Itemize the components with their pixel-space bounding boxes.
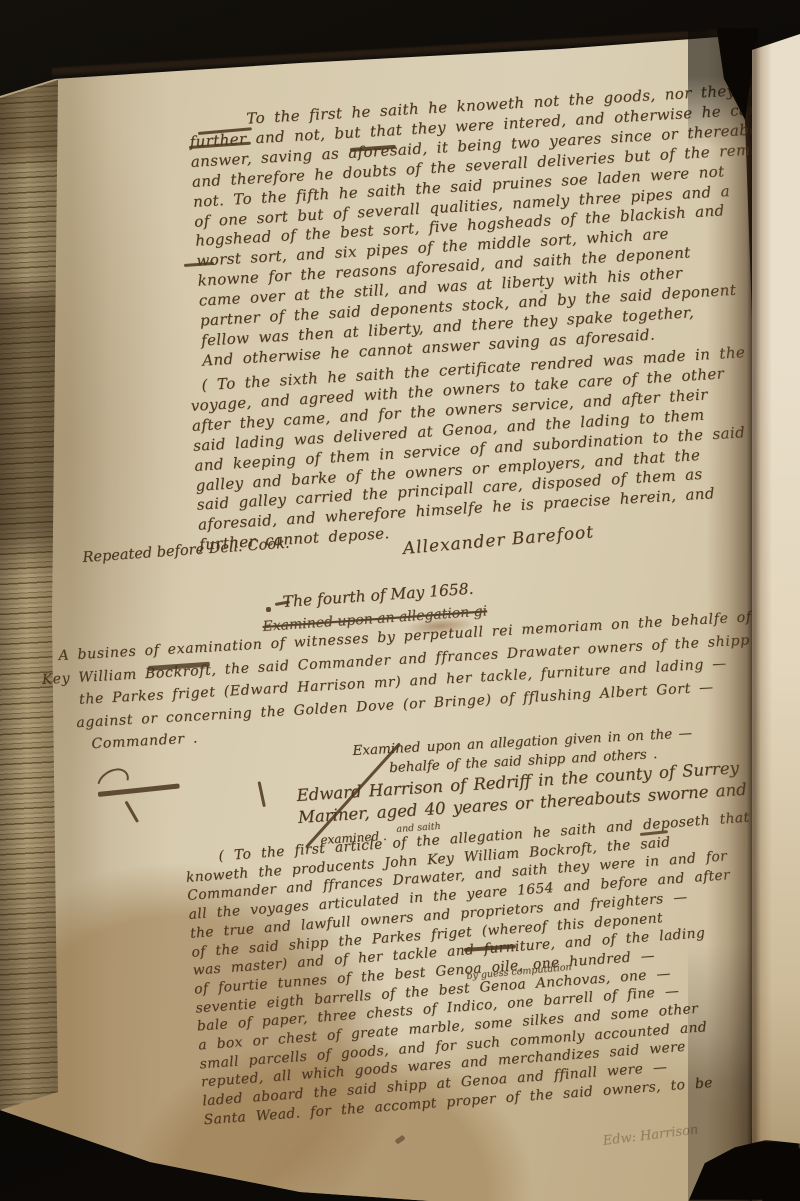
ink-layer: To the first he saith he knoweth not the… [0,0,800,1201]
gutter-shadow [688,30,758,1201]
facing-page-sliver [752,28,800,1201]
ink-stroke [395,1135,406,1145]
ink-stroke [502,365,505,368]
ink-stroke [540,290,543,293]
ink-stroke [258,781,266,807]
ink-stroke [125,801,139,823]
ink-stroke [468,225,471,228]
manuscript-photo: To the first he saith he knoweth not the… [0,0,800,1201]
ink-stroke [266,607,271,612]
deposition-paragraph-1: To the first he saith he knoweth not the… [188,81,764,372]
